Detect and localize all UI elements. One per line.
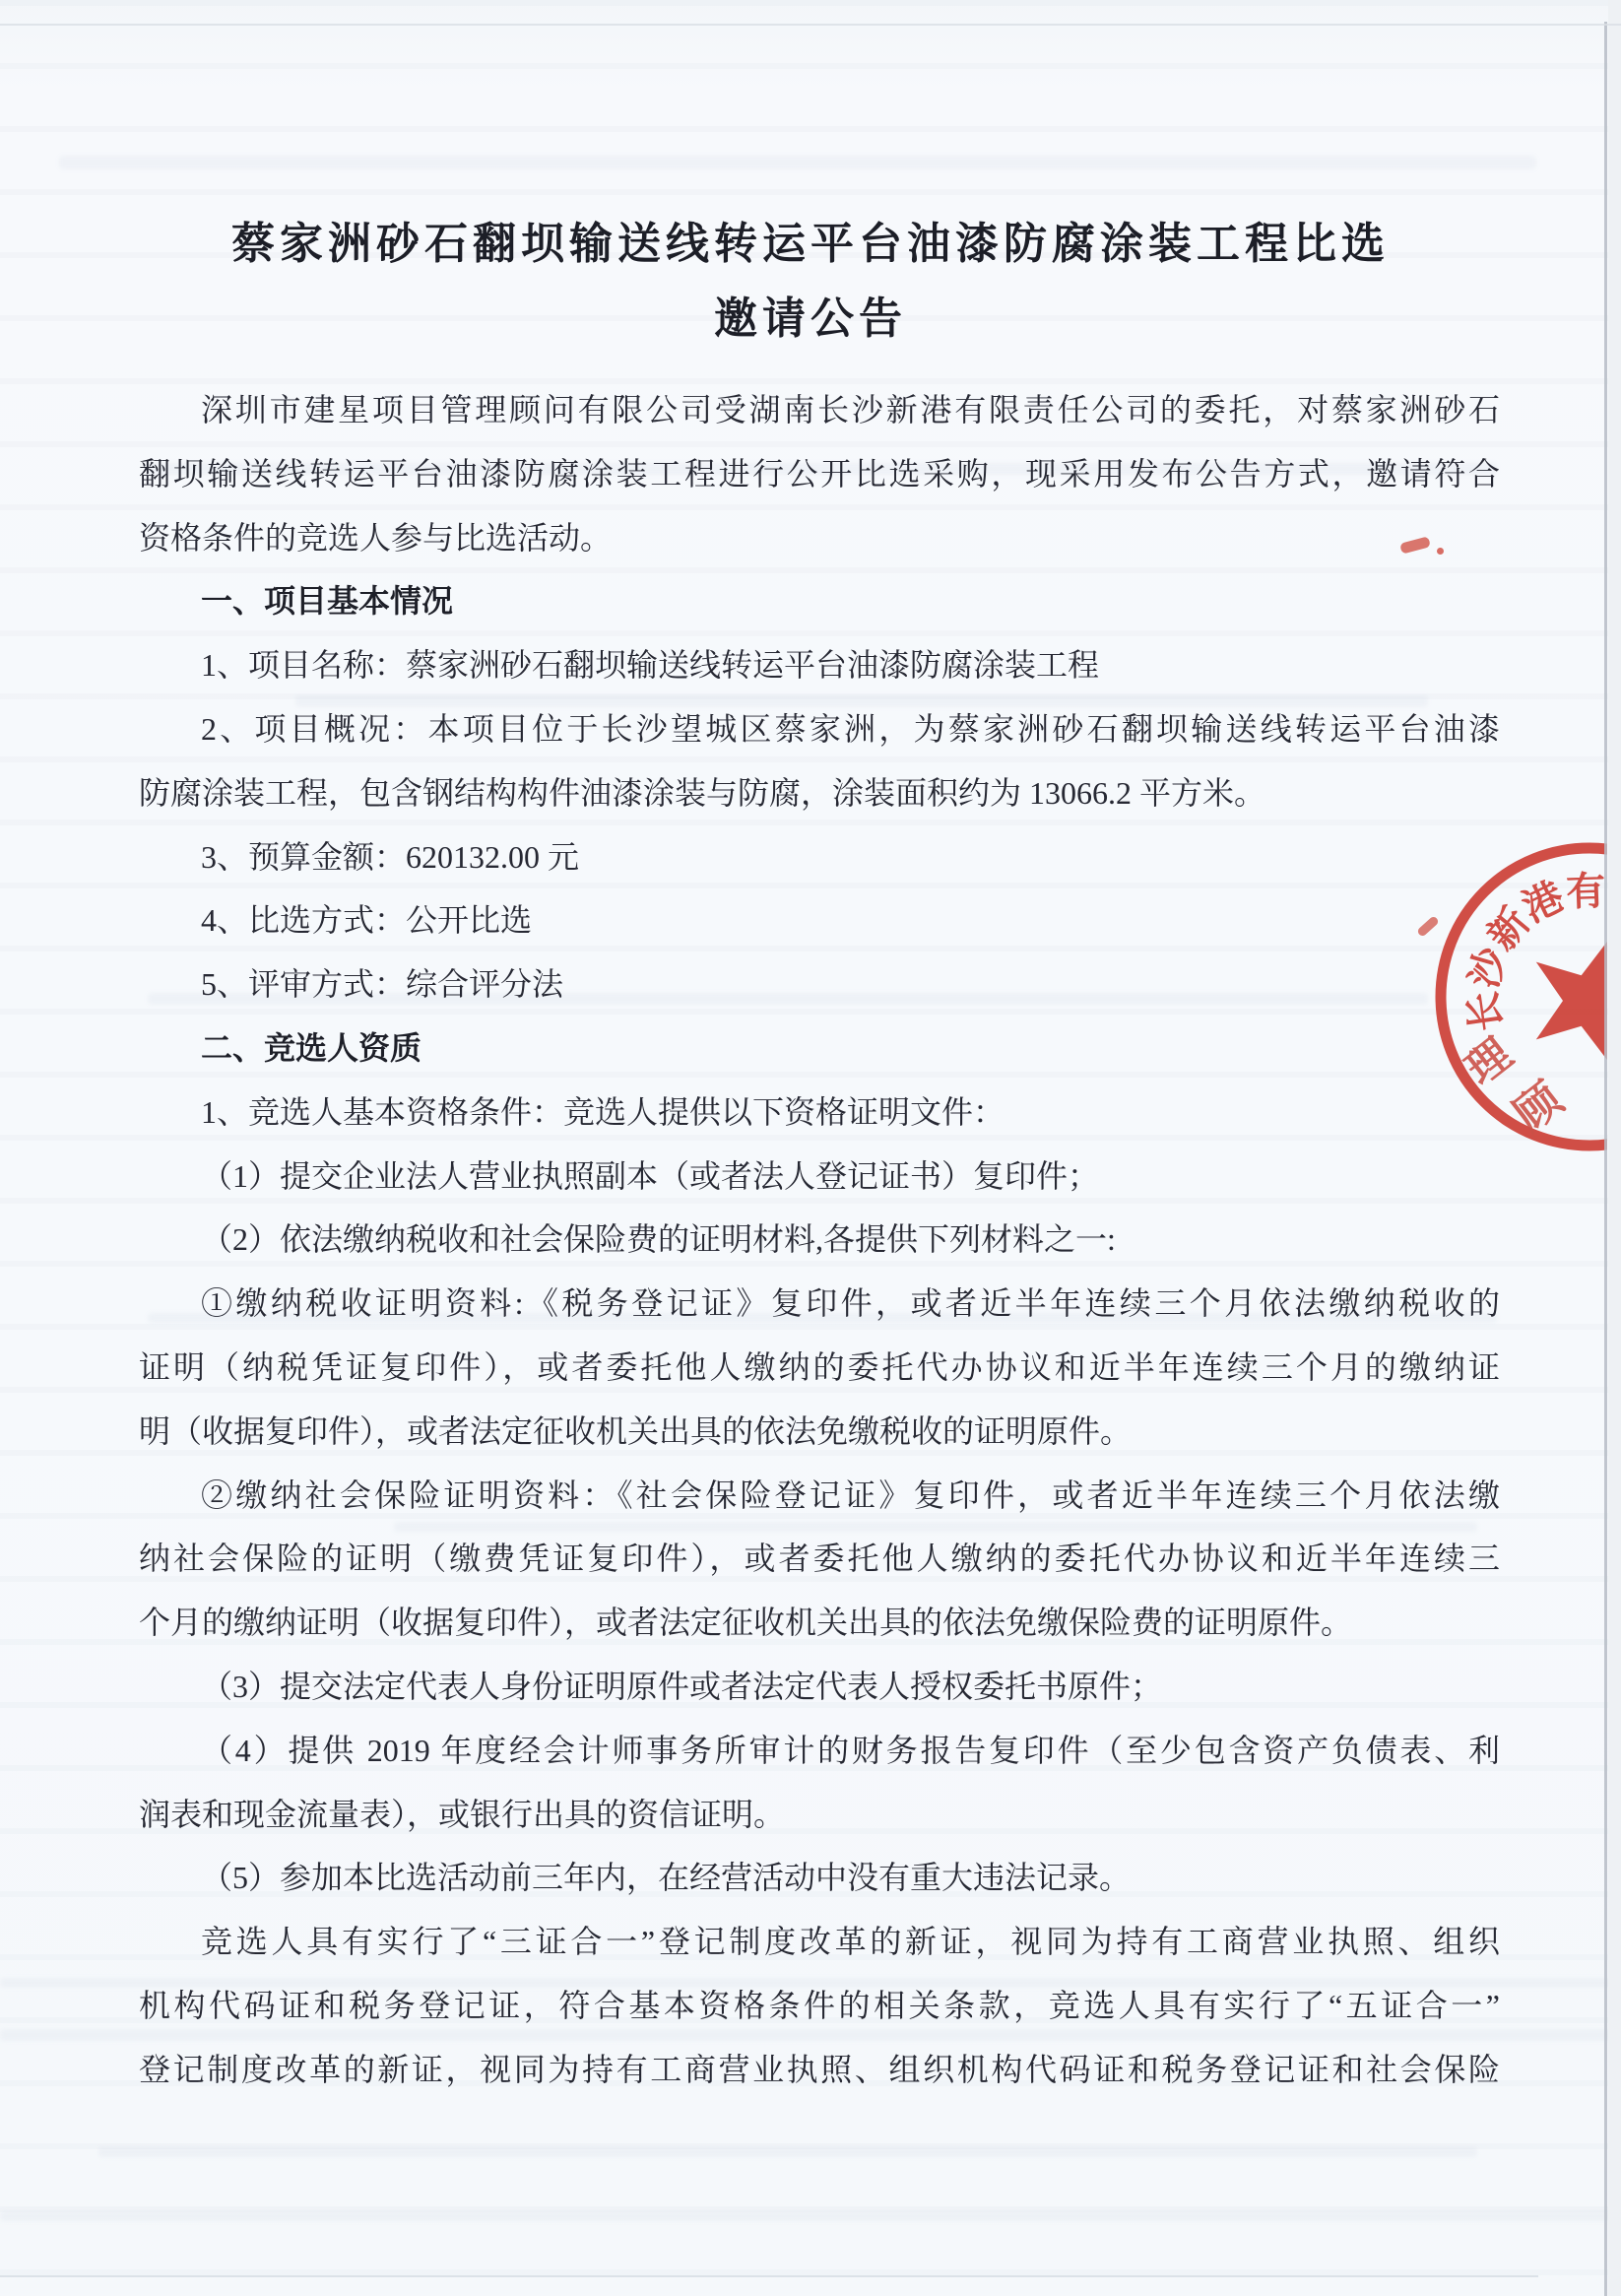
doc-line: 翻坝输送线转运平台油漆防腐涂装工程进行公开比选采购，现采用发布公告方式，邀请符合 [139,442,1500,506]
doc-line: 竞选人具有实行了“三证合一”登记制度改革的新证，视同为持有工商营业执照、组织 [139,1910,1500,1974]
doc-line: （5）参加本比选活动前三年内，在经营活动中没有重大违法记录。 [139,1846,1500,1910]
document-title: 蔡家洲砂石翻坝输送线转运平台油漆防腐涂装工程比选 邀请公告 [0,207,1621,357]
doc-line: 深圳市建星项目管理顾问有限公司受湖南长沙新港有限责任公司的委托，对蔡家洲砂石 [139,378,1500,442]
doc-line: ①缴纳税收证明资料:《税务登记证》复印件，或者近半年连续三个月依法缴纳税收的 [139,1272,1500,1336]
stamp-ring-char: 有 [1566,869,1607,914]
company-seal-stamp: 长 沙 新 港 有 理 顾 [1379,768,1621,1202]
ink-speck [1437,548,1444,555]
scan-top-edge [0,24,1621,26]
doc-line: （1）提交企业法人营业执照副本（或者法人登记证书）复印件； [139,1145,1500,1209]
doc-line: 4、比选方式：公开比选 [139,888,1500,952]
scan-edge-strip [1608,0,1621,2296]
doc-line: 机构代码证和税务登记证，符合基本资格条件的相关条款，竞选人具有实行了“五证合一” [139,1974,1500,2038]
scan-smudge [59,156,1536,169]
doc-line: （3）提交法定代表人身份证明原件或者法定代表人授权委托书原件； [139,1655,1500,1719]
doc-heading-1: 一、项目基本情况 [139,569,1500,633]
doc-line: 5、评审方式：综合评分法 [139,952,1500,1017]
doc-line: 防腐涂装工程，包含钢结构构件油漆涂装与防腐，涂装面积约为 13066.2 平方米… [139,761,1500,825]
document-title-line2: 邀请公告 [0,282,1621,357]
doc-line: 证明（纳税凭证复印件），或者委托他人缴纳的委托代办协议和近半年连续三个月的缴纳证 [139,1336,1500,1400]
doc-line: 1、竞选人基本资格条件：竞选人提供以下资格证明文件： [139,1081,1500,1145]
scanned-document-page: 蔡家洲砂石翻坝输送线转运平台油漆防腐涂装工程比选 邀请公告 深圳市建星项目管理顾… [0,0,1621,2296]
doc-line: 个月的缴纳证明（收据复印件），或者法定征收机关出具的依法免缴保险费的证明原件。 [139,1591,1500,1655]
scan-smudge [0,2211,1621,2221]
doc-line: （4）提供 2019 年度经会计师事务所审计的财务报告复印件（至少包含资产负债表… [139,1719,1500,1783]
doc-line: （2）依法缴纳税收和社会保险费的证明材料,各提供下列材料之一: [139,1208,1500,1272]
doc-line: 资格条件的竞选人参与比选活动。 [139,506,1500,570]
doc-line: ②缴纳社会保险证明资料：《社会保险登记证》复印件，或者近半年连续三个月依法缴 [139,1464,1500,1528]
doc-line: 登记制度改革的新证，视同为持有工商营业执照、组织机构代码证和税务登记证和社会保险 [139,2038,1500,2102]
doc-line: 3、预算金额：620132.00 元 [139,825,1500,889]
scan-edge-line [1604,22,1607,2296]
doc-line: 1、项目名称：蔡家洲砂石翻坝输送线转运平台油漆防腐涂装工程 [139,633,1500,697]
doc-heading-2: 二、竞选人资质 [139,1017,1500,1081]
doc-line: 润表和现金流量表），或银行出具的资信证明。 [139,1783,1500,1847]
doc-line: 明（收据复印件），或者法定征收机关出具的依法免缴税收的证明原件。 [139,1400,1500,1464]
doc-line: 纳社会保险的证明（缴费凭证复印件），或者委托他人缴纳的委托代办协议和近半年连续三 [139,1527,1500,1591]
document-title-line1: 蔡家洲砂石翻坝输送线转运平台油漆防腐涂装工程比选 [0,207,1621,282]
scan-smudge [98,2147,1477,2157]
scan-bottom-edge [0,2275,1538,2277]
stamp-ring-char: 长 [1460,989,1510,1034]
doc-line: 2、项目概况：本项目位于长沙望城区蔡家洲，为蔡家洲砂石翻坝输送线转运平台油漆 [139,697,1500,761]
document-body: 深圳市建星项目管理顾问有限公司受湖南长沙新港有限责任公司的委托，对蔡家洲砂石 翻… [139,378,1500,2102]
